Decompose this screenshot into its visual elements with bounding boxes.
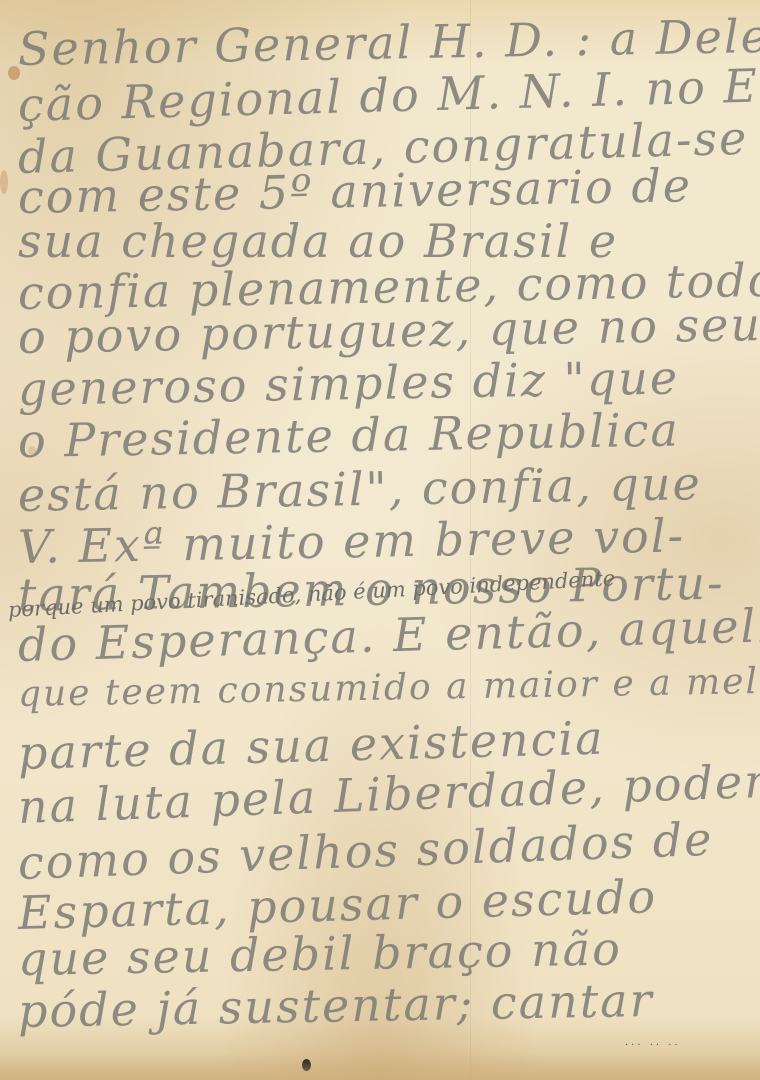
manuscript-line: que teem consumido a maior e a melhor [18, 661, 749, 715]
manuscript-page: Senhor General H. D. : a Delega- ção Reg… [0, 0, 760, 1080]
margin-note: ··· ·· ·· [625, 1040, 681, 1051]
paper-edge [0, 1052, 760, 1080]
paper-stain [0, 170, 8, 194]
manuscript-line: póde já sustentar; cantar [18, 971, 749, 1038]
